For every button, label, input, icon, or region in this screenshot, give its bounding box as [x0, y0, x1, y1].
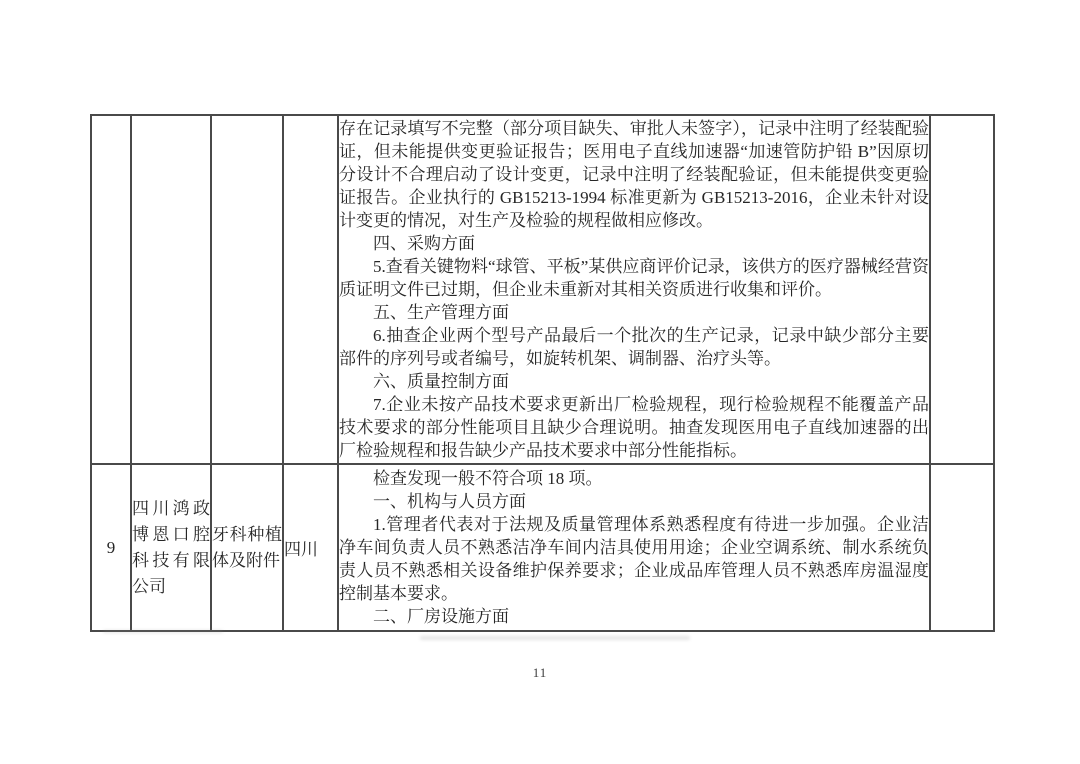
finding-paragraph: 7.企业未按产品技术要求更新出厂检验规程，现行检验规程不能覆盖产品技术要求的部分…	[339, 393, 929, 462]
findings-cell: 存在记录填写不完整（部分项目缺失、审批人未签字），记录中注明了经装配验证，但未能…	[338, 115, 930, 464]
finding-paragraph: 5.查看关键物料“球管、平板”某供应商评价记录，该供方的医疗器械经营资质证明文件…	[339, 255, 929, 301]
table-row-continuation: 存在记录填写不完整（部分项目缺失、审批人未签字），记录中注明了经装配验证，但未能…	[91, 115, 994, 464]
scan-artifact	[103, 630, 223, 633]
table-row-entry-9: 9 四川鸿政博恩口腔科技有限公司 牙科种植体及附件 四川 检查发现一般不符合项 …	[91, 464, 994, 631]
province-cell: 四川	[283, 464, 338, 631]
company-cell	[131, 115, 211, 464]
index-cell	[91, 115, 131, 464]
finding-paragraph: 六、质量控制方面	[339, 370, 929, 393]
product-cell	[211, 115, 283, 464]
finding-paragraph: 二、厂房设施方面	[339, 605, 929, 628]
findings-text: 存在记录填写不完整（部分项目缺失、审批人未签字），记录中注明了经装配验证，但未能…	[339, 117, 929, 462]
province-cell	[283, 115, 338, 464]
page-number: 11	[0, 665, 1080, 681]
finding-paragraph: 四、采购方面	[339, 232, 929, 255]
finding-paragraph: 五、生产管理方面	[339, 301, 929, 324]
findings-text: 检查发现一般不符合项 18 项。 一、机构与人员方面 1.管理者代表对于法规及质…	[339, 467, 929, 628]
finding-paragraph: 1.管理者代表对于法规及质量管理体系熟悉程度有待进一步加强。企业洁净车间负责人员…	[339, 513, 929, 605]
index-cell: 9	[91, 464, 131, 631]
inspection-findings-table: 存在记录填写不完整（部分项目缺失、审批人未签字），记录中注明了经装配验证，但未能…	[90, 114, 995, 632]
remark-cell	[930, 464, 994, 631]
scan-artifact	[420, 636, 690, 640]
finding-paragraph: 检查发现一般不符合项 18 项。	[339, 467, 929, 490]
finding-paragraph: 6.抽查企业两个型号产品最后一个批次的生产记录，记录中缺少部分主要部件的序列号或…	[339, 324, 929, 370]
product-cell: 牙科种植体及附件	[211, 464, 283, 631]
company-cell: 四川鸿政博恩口腔科技有限公司	[131, 464, 211, 631]
finding-paragraph: 存在记录填写不完整（部分项目缺失、审批人未签字），记录中注明了经装配验证，但未能…	[339, 117, 929, 232]
findings-cell: 检查发现一般不符合项 18 项。 一、机构与人员方面 1.管理者代表对于法规及质…	[338, 464, 930, 631]
finding-paragraph: 一、机构与人员方面	[339, 490, 929, 513]
remark-cell	[930, 115, 994, 464]
